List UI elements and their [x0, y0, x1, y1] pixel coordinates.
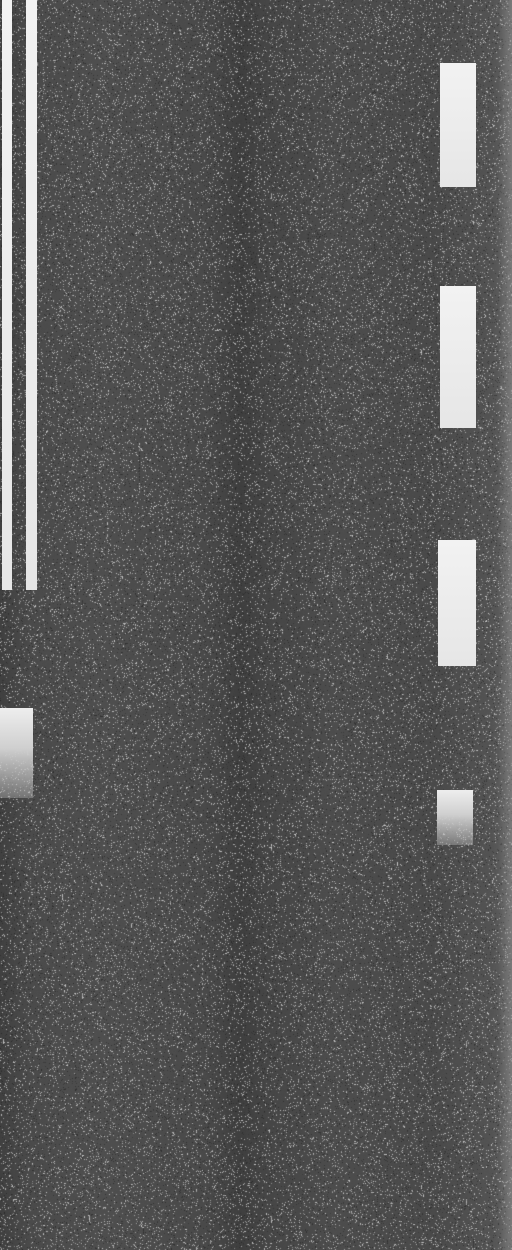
right-dash-1: [440, 63, 476, 187]
right-dash-2: [440, 286, 476, 428]
road-edge: [498, 0, 512, 1250]
left-faded-dash: [0, 708, 33, 798]
right-dash-4: [437, 790, 473, 845]
asphalt-texture: [0, 0, 512, 1250]
left-solid-line-outer: [2, 0, 12, 590]
road-surface: [0, 0, 512, 1250]
left-solid-line-inner: [26, 0, 37, 590]
right-dash-3: [438, 540, 476, 666]
